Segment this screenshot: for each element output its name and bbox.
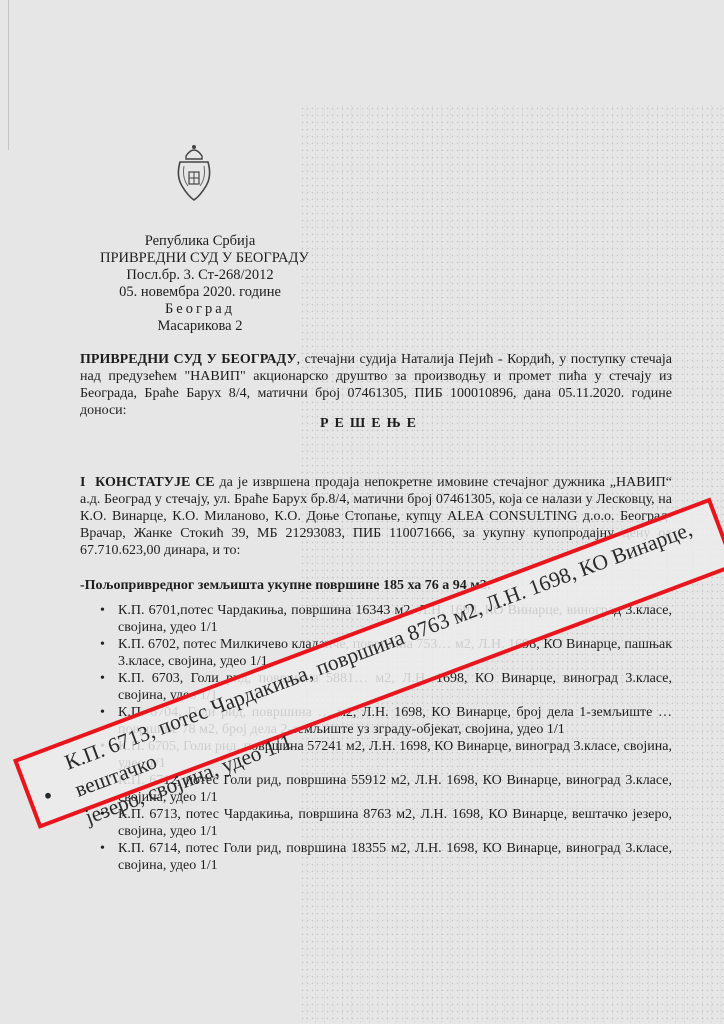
scan-margin-line xyxy=(8,0,9,150)
section-heading: КОНСТАТУЈЕ СЕ xyxy=(95,475,214,490)
serbian-coat-of-arms-icon xyxy=(172,142,216,204)
case-number: Посл.бр. 3. Ст-268/2012 xyxy=(100,267,300,284)
list-item: К.П. 6714, потес Голи рид, површина 1835… xyxy=(118,841,672,874)
court-header: Република Србија ПРИВРЕДНИ СУД У БЕОГРАД… xyxy=(100,233,300,335)
land-heading: -Пољопривредног земљишта укупне површине… xyxy=(80,578,491,594)
intro-paragraph: ПРИВРЕДНИ СУД У БЕОГРАДУ, стечајни судиј… xyxy=(80,351,672,419)
document-date: 05. новембра 2020. године xyxy=(100,284,300,301)
intro-court-name: ПРИВРЕДНИ СУД У БЕОГРАДУ xyxy=(80,352,297,367)
city: Београд xyxy=(100,301,300,318)
court-address: Масарикова 2 xyxy=(100,318,300,335)
section-numeral: I xyxy=(80,475,85,490)
document-title: РЕШЕЊЕ xyxy=(320,416,422,432)
court-name: ПРИВРЕДНИ СУД У БЕОГРАДУ xyxy=(100,250,300,267)
list-item: К.П. 6713, потес Чардакиња, површина 876… xyxy=(118,807,672,840)
bullet-icon: • xyxy=(40,783,57,811)
country-name: Република Србија xyxy=(100,233,300,250)
